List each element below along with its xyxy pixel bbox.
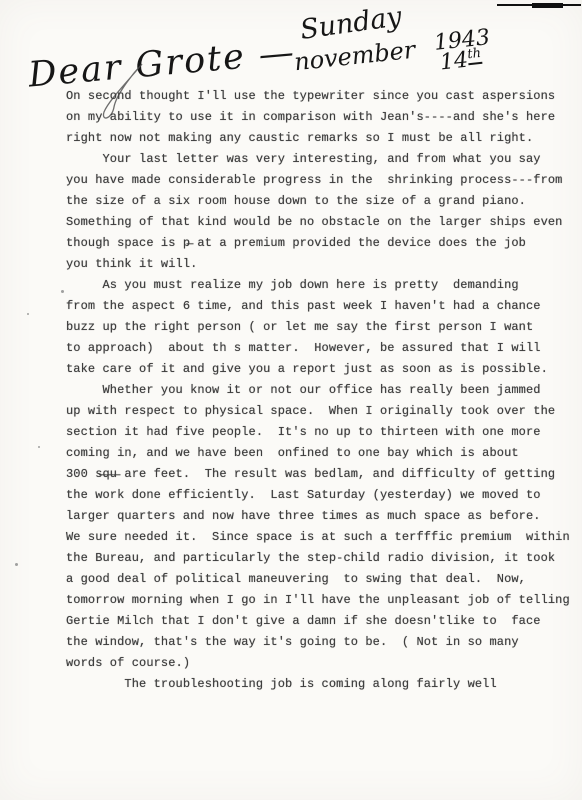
typed-line: Something of that kind would be no obsta…	[66, 212, 570, 233]
typed-line: the window, that's the way it's going to…	[66, 632, 570, 653]
typed-line: coming in, and we have been onfined to o…	[66, 443, 570, 464]
typed-line: from the aspect 6 time, and this past we…	[66, 296, 570, 317]
typed-line: on my ability to use it in comparison wi…	[66, 107, 570, 128]
typed-line: Your last letter was very interesting, a…	[66, 149, 570, 170]
scan-edge-line-thick	[532, 3, 563, 8]
scan-speck	[15, 563, 18, 566]
typed-line: larger quarters and now have three times…	[66, 506, 570, 527]
typed-line: Gertie Milch that I don't give a damn if…	[66, 611, 570, 632]
typed-line: 300 s̶q̶u̶ are feet. The result was bedl…	[66, 464, 570, 485]
handwritten-date: 14th	[439, 46, 483, 76]
typed-line: up with respect to physical space. When …	[66, 401, 570, 422]
date-ordinal: th	[467, 46, 482, 65]
typed-line: to approach) about th s matter. However,…	[66, 338, 570, 359]
typed-line: the work done efficiently. Last Saturday…	[66, 485, 570, 506]
date-number: 14	[439, 48, 469, 76]
typed-line: a good deal of political maneuvering to …	[66, 569, 570, 590]
typed-line: Whether you know it or not our office ha…	[66, 380, 570, 401]
typed-line: On second thought I'll use the typewrite…	[66, 86, 570, 107]
typed-line: words of course.)	[66, 653, 570, 674]
typed-line: though space is p̶ at a premium provided…	[66, 233, 570, 254]
typed-line: you think it will.	[66, 254, 570, 275]
typed-line: tomorrow morning when I go in I'll have …	[66, 590, 570, 611]
typed-line: the Bureau, and particularly the step-ch…	[66, 548, 570, 569]
scan-speck	[38, 446, 40, 448]
typed-line: you have made considerable progress in t…	[66, 170, 570, 191]
typed-line: section it had five people. It's no up t…	[66, 422, 570, 443]
typed-line: As you must realize my job down here is …	[66, 275, 570, 296]
letter-body: On second thought I'll use the typewrite…	[66, 86, 570, 695]
typed-line: take care of it and give you a report ju…	[66, 359, 570, 380]
scanned-letter-page: Sunday 1943 november 14th Dear Grote — O…	[0, 0, 582, 800]
scan-speck	[61, 290, 64, 293]
typed-line: The troubleshooting job is coming along …	[66, 674, 570, 695]
typed-line: buzz up the right person ( or let me say…	[66, 317, 570, 338]
typed-line: We sure needed it. Since space is at suc…	[66, 527, 570, 548]
typed-line: the size of a six room house down to the…	[66, 191, 570, 212]
typed-line: right now not making any caustic remarks…	[66, 128, 570, 149]
scan-speck	[27, 313, 29, 315]
